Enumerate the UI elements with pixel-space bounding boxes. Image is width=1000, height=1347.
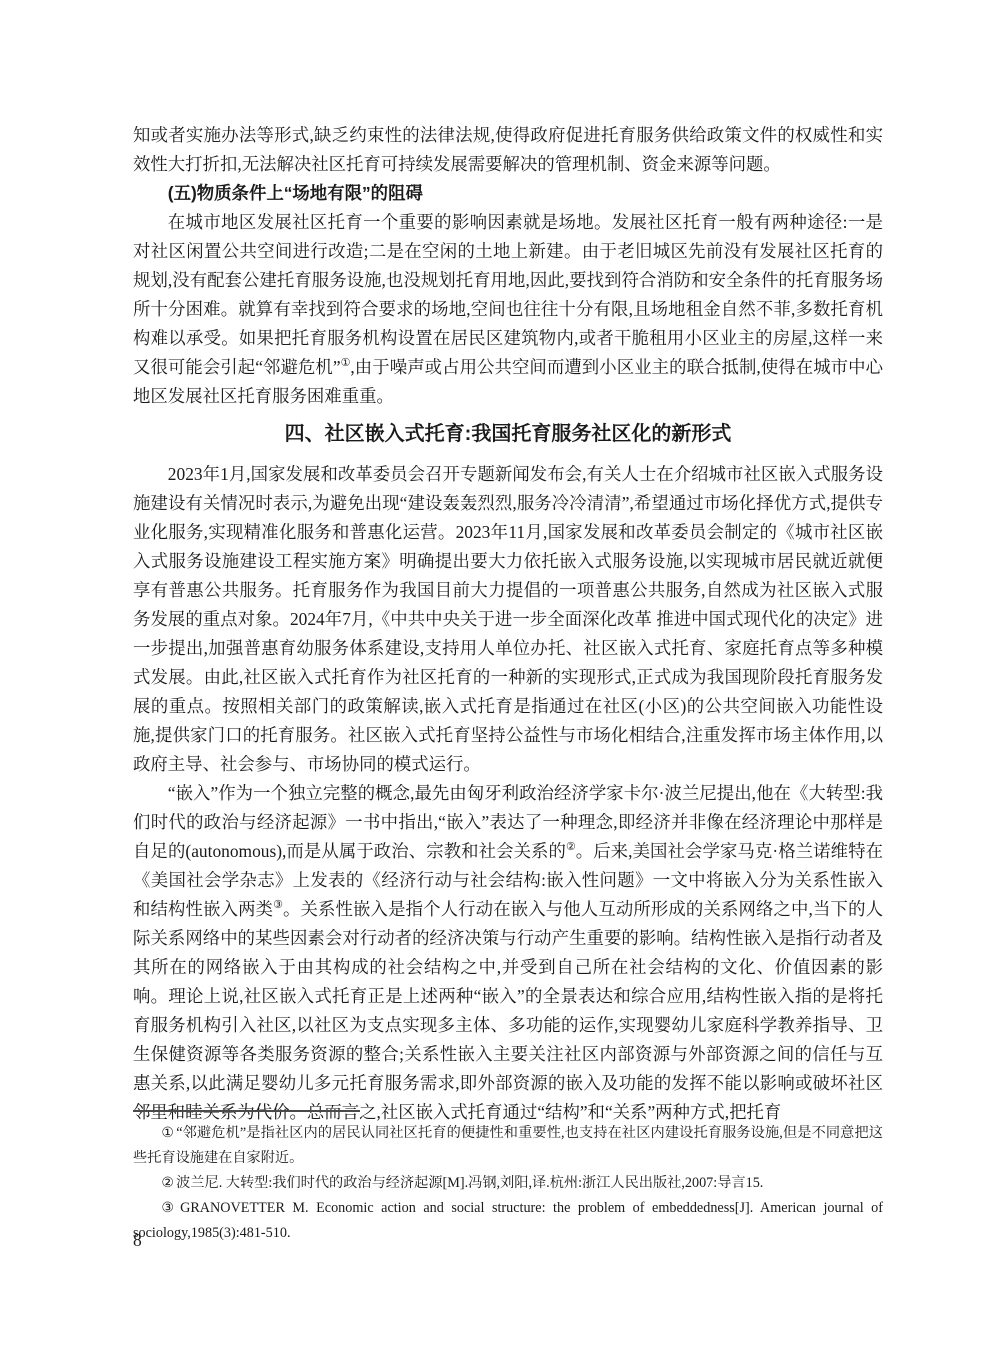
footnote-1: ①“邻避危机”是指社区内的居民认同社区托育的便捷性和重要性,也支持在社区内建设托… (133, 1121, 883, 1171)
footnote-ref-2: ② (566, 841, 576, 853)
paragraph-site-constraints: 在城市地区发展社区托育一个重要的影响因素就是场地。发展社区托育一般有两种途径:一… (133, 208, 883, 411)
footnote-1-text: “邻避危机”是指社区内的居民认同社区托育的便捷性和重要性,也支持在社区内建设托育… (133, 1125, 883, 1166)
footnote-ref-3: ③ (273, 899, 283, 911)
footnote-area: ①“邻避危机”是指社区内的居民认同社区托育的便捷性和重要性,也支持在社区内建设托… (133, 1110, 883, 1246)
section-heading-four: 四、社区嵌入式托育:我国托育服务社区化的新形式 (133, 420, 883, 449)
footnote-2: ②波兰尼. 大转型:我们时代的政治与经济起源[M].冯钢,刘阳,译.杭州:浙江人… (133, 1171, 883, 1196)
paragraph-embedding-text-3: 。关系性嵌入是指个人行动在嵌入与他人互动所形成的关系网络之中,当下的人际关系网络… (133, 899, 883, 1122)
footnote-3-text: GRANOVETTER M. Economic action and socia… (133, 1200, 883, 1241)
document-page: 知或者实施办法等形式,缺乏约束性的法律法规,使得政府促进托育服务供给政策文件的权… (0, 0, 1000, 1347)
footnote-3: ③GRANOVETTER M. Economic action and soci… (133, 1196, 883, 1246)
footnote-1-marker: ① (161, 1125, 174, 1141)
subheading-section-five: (五)物质条件上“场地有限”的阻碍 (133, 179, 883, 208)
paragraph-continuation: 知或者实施办法等形式,缺乏约束性的法律法规,使得政府促进托育服务供给政策文件的权… (133, 121, 883, 179)
paragraph-site-text-1: 在城市地区发展社区托育一个重要的影响因素就是场地。发展社区托育一般有两种途径:一… (133, 212, 883, 377)
footnote-separator (133, 1110, 360, 1112)
footnote-2-marker: ② (161, 1175, 174, 1191)
main-text-block: 知或者实施办法等形式,缺乏约束性的法律法规,使得政府促进托育服务供给政策文件的权… (133, 121, 883, 1127)
paragraph-policy: 2023年1月,国家发展和改革委员会召开专题新闻发布会,有关人士在介绍城市社区嵌… (133, 460, 883, 779)
footnote-3-marker: ③ (161, 1200, 178, 1216)
footnote-2-text: 波兰尼. 大转型:我们时代的政治与经济起源[M].冯钢,刘阳,译.杭州:浙江人民… (176, 1175, 763, 1191)
page-number: 8 (133, 1230, 142, 1251)
paragraph-embedding-theory: “嵌入”作为一个独立完整的概念,最先由匈牙利政治经济学家卡尔·波兰尼提出,他在《… (133, 779, 883, 1127)
footnote-ref-1: ① (341, 357, 351, 369)
